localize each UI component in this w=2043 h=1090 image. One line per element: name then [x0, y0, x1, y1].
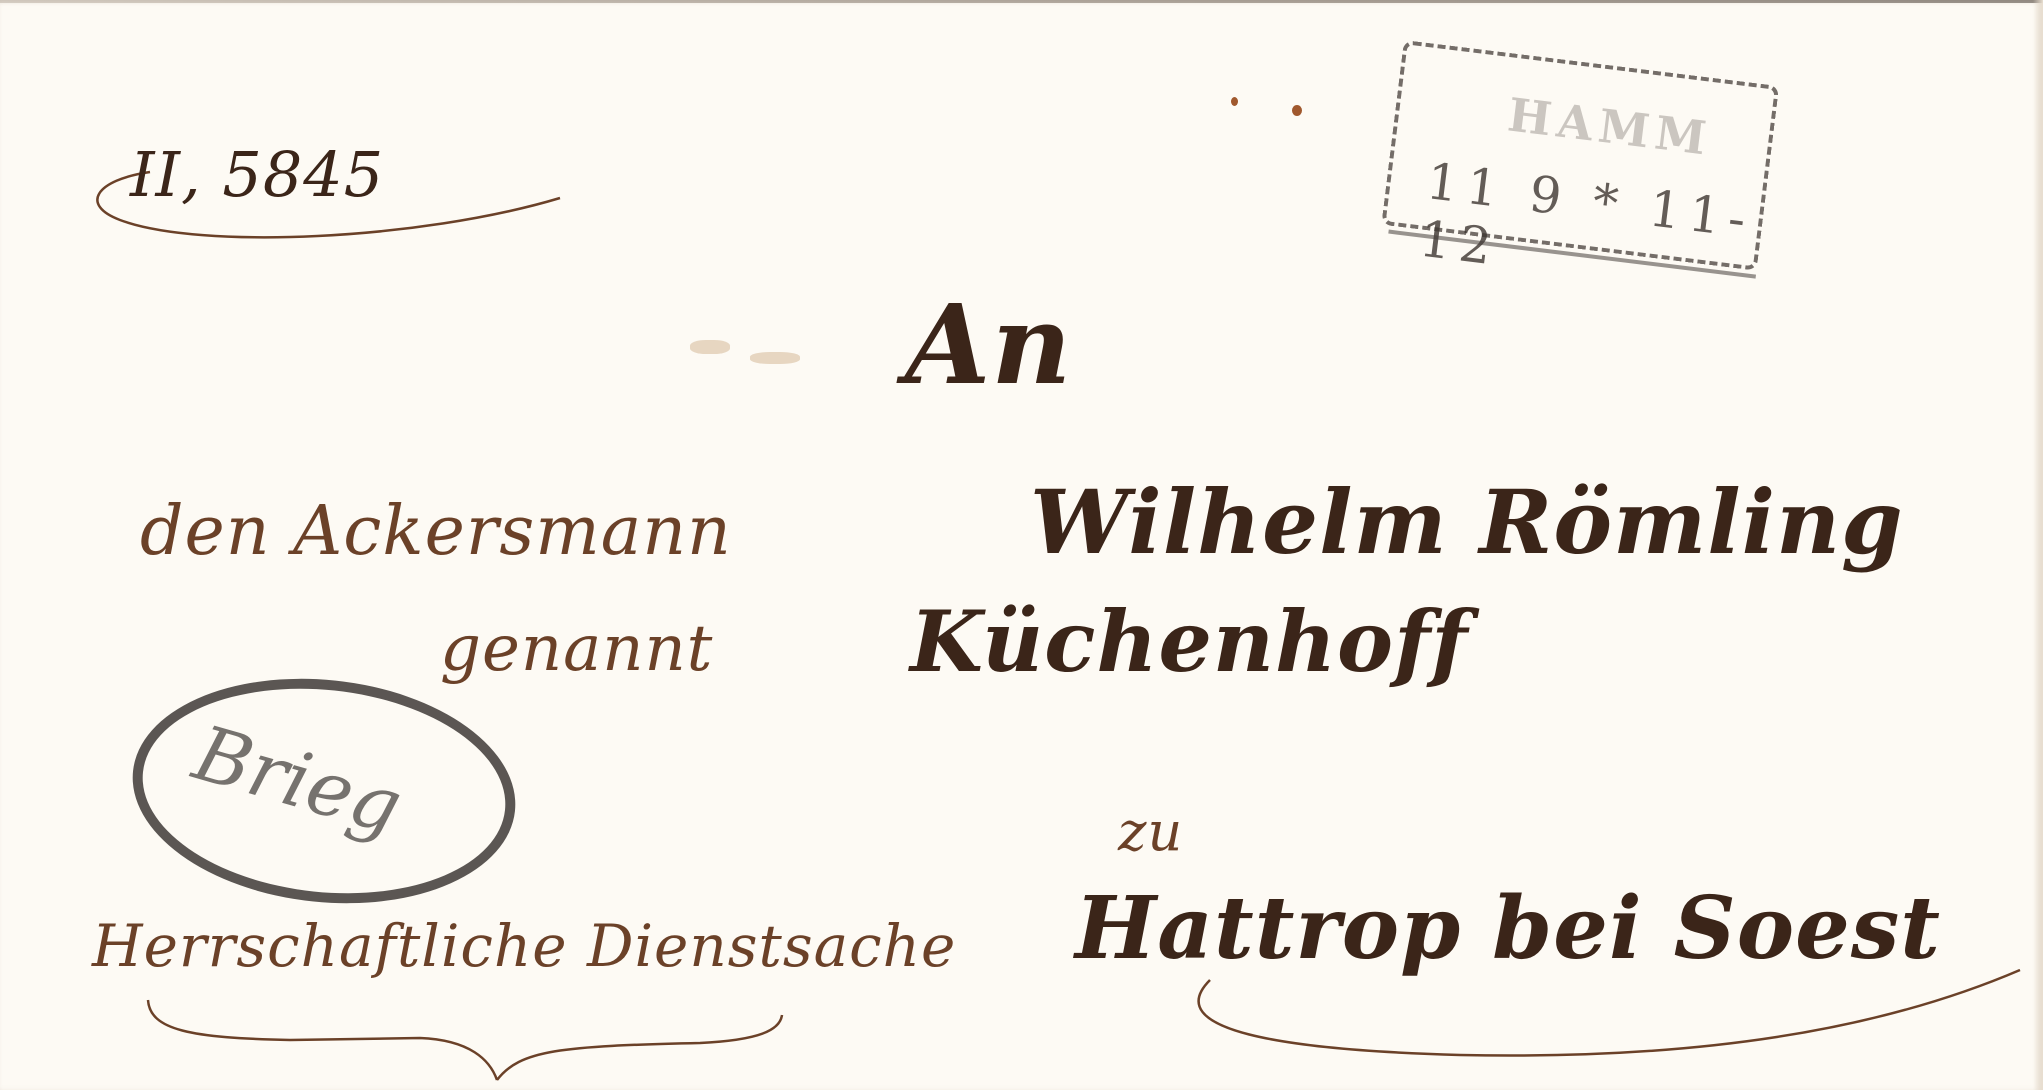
- oval-cancel: Brieg: [121, 661, 526, 922]
- address-destination: Hattrop bei Soest: [1075, 878, 1941, 979]
- address-line1-title: den Ackersmann: [140, 492, 732, 571]
- address-line1-name: Wilhelm Römling: [1030, 470, 1904, 574]
- endorsement-text: Herrschaftliche Dienstsache: [92, 912, 956, 980]
- ink-spot: [1292, 105, 1302, 116]
- address-line2-prefix: genannt: [440, 612, 713, 686]
- address-line2-name: Küchenhoff: [910, 592, 1468, 691]
- address-salutation: An: [905, 280, 1072, 409]
- top-edge: [0, 0, 2043, 3]
- box-postmark: HAMM 11 9 * 11-12: [1380, 40, 1786, 285]
- right-edge: [2033, 0, 2043, 1090]
- foxing-stain: [690, 340, 730, 354]
- ink-spot: [1231, 97, 1238, 106]
- letter-cover: II, 5845 HAMM 11 9 * 11-12 An den Ackers…: [0, 0, 2043, 1090]
- oval-cancel-text: Brieg: [185, 708, 412, 851]
- docket-reference: II, 5845: [130, 138, 384, 211]
- address-preposition: zu: [1118, 800, 1183, 863]
- foxing-stain: [750, 352, 800, 364]
